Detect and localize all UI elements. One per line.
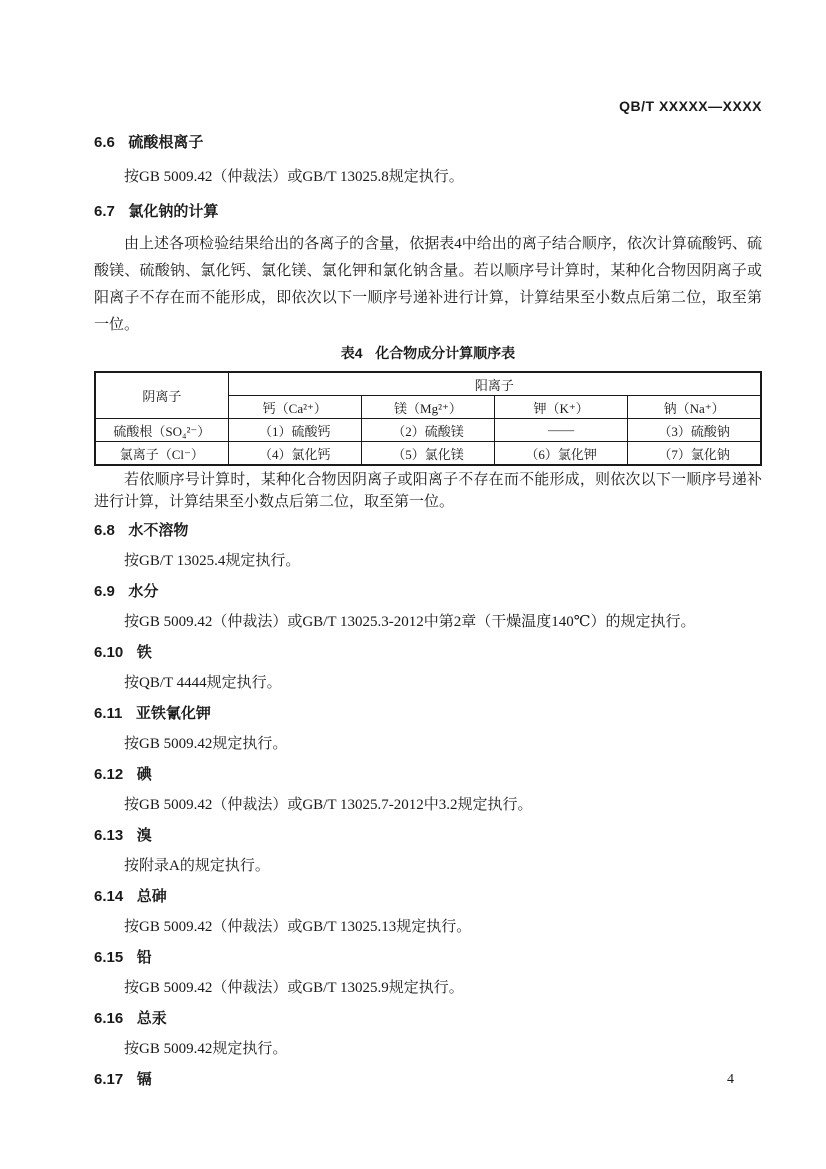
table-cell: （5）氯化镁 xyxy=(361,442,494,466)
section-heading-6-12: 6.12碘 xyxy=(94,765,762,784)
table-row: 硫酸根（SO₄²⁻） （1）硫酸钙 （2）硫酸镁 —— （3）硫酸钠 xyxy=(95,419,761,442)
section-body-6-10: 按QB/T 4444规定执行。 xyxy=(94,674,762,692)
section-heading-6-10: 6.10铁 xyxy=(94,643,762,662)
section-heading-6-16: 6.16总汞 xyxy=(94,1009,762,1028)
section-heading-6-11: 6.11亚铁氰化钾 xyxy=(94,704,762,723)
table4-col-sodium: 钠（Na⁺） xyxy=(628,396,761,419)
table4-anion-header: 阴离子 xyxy=(95,372,228,419)
section-number: 6.11 xyxy=(94,705,122,722)
standard-code-header: QB/T XXXXX—XXXX xyxy=(94,97,762,115)
table4-anion-chloride: 氯离子（Cl⁻） xyxy=(95,442,228,466)
table-row: 阴离子 阳离子 xyxy=(95,372,761,396)
section-number: 6.17 xyxy=(94,1071,123,1088)
table-cell: （4）氯化钙 xyxy=(228,442,361,466)
document-page: QB/T XXXXX—XXXX 6.6硫酸根离子 按GB 5009.42（仲裁法… xyxy=(0,0,826,1169)
table-cell: —— xyxy=(495,419,628,442)
table4-note: 若依顺序号计算时，某种化合物因阴离子或阳离子不存在而不能形成，则依次以下一顺序号… xyxy=(94,469,762,513)
section-number: 6.10 xyxy=(94,644,123,661)
table-cell: （1）硫酸钙 xyxy=(228,419,361,442)
section-number: 6.7 xyxy=(94,203,115,220)
section-number: 6.14 xyxy=(94,888,123,905)
section-body-6-11: 按GB 5009.42规定执行。 xyxy=(94,735,762,753)
section-number: 6.15 xyxy=(94,949,123,966)
section-title: 总汞 xyxy=(137,1010,167,1027)
section-body-6-9: 按GB 5009.42（仲裁法）或GB/T 13025.3-2012中第2章（干… xyxy=(94,613,762,631)
section-heading-6-14: 6.14总砷 xyxy=(94,887,762,906)
section-title: 溴 xyxy=(137,827,152,844)
section-title: 铁 xyxy=(137,644,152,661)
table-cell: （7）氯化钠 xyxy=(628,442,761,466)
table4-caption-text: 化合物成分计算顺序表 xyxy=(375,345,515,361)
table-row: 氯离子（Cl⁻） （4）氯化钙 （5）氯化镁 （6）氯化钾 （7）氯化钠 xyxy=(95,442,761,466)
section-heading-6-13: 6.13溴 xyxy=(94,826,762,845)
section-body-6-8: 按GB/T 13025.4规定执行。 xyxy=(94,552,762,570)
section-body-6-15: 按GB 5009.42（仲裁法）或GB/T 13025.9规定执行。 xyxy=(94,979,762,997)
section-body-6-6: 按GB 5009.42（仲裁法）或GB/T 13025.8规定执行。 xyxy=(94,168,762,186)
section-number: 6.8 xyxy=(94,522,115,539)
section-heading-6-17: 6.17镉 xyxy=(94,1070,762,1089)
table4-col-magnesium: 镁（Mg²⁺） xyxy=(361,396,494,419)
section-number: 6.6 xyxy=(94,134,115,151)
section-title: 总砷 xyxy=(137,888,167,905)
section-title: 镉 xyxy=(137,1071,152,1088)
section-number: 6.12 xyxy=(94,766,123,783)
table4-col-calcium: 钙（Ca²⁺） xyxy=(228,396,361,419)
table-cell: （3）硫酸钠 xyxy=(628,419,761,442)
table-cell: （2）硫酸镁 xyxy=(361,419,494,442)
section-title: 碘 xyxy=(137,766,152,783)
page-number: 4 xyxy=(727,1072,734,1088)
section-number: 6.13 xyxy=(94,827,123,844)
section-heading-6-8: 6.8水不溶物 xyxy=(94,521,762,540)
section-body-6-14: 按GB 5009.42（仲裁法）或GB/T 13025.13规定执行。 xyxy=(94,918,762,936)
section-body-6-16: 按GB 5009.42规定执行。 xyxy=(94,1040,762,1058)
section-number: 6.16 xyxy=(94,1010,123,1027)
table4-caption-label: 表4 xyxy=(341,345,363,361)
section-number: 6.9 xyxy=(94,583,115,600)
section-title: 氯化钠的计算 xyxy=(128,203,218,220)
table4-caption: 表4化合物成分计算顺序表 xyxy=(94,344,762,363)
section-title: 水分 xyxy=(128,583,158,600)
table4-anion-sulfate: 硫酸根（SO₄²⁻） xyxy=(95,419,228,442)
table4-cation-header: 阳离子 xyxy=(228,372,761,396)
section-heading-6-7: 6.7氯化钠的计算 xyxy=(94,202,762,221)
section-title: 铅 xyxy=(137,949,152,966)
section-body-6-7: 由上述各项检验结果给出的各离子的含量，依据表4中给出的离子结合顺序，依次计算硫酸… xyxy=(94,231,762,339)
section-title: 水不溶物 xyxy=(128,522,188,539)
page-content: QB/T XXXXX—XXXX 6.6硫酸根离子 按GB 5009.42（仲裁法… xyxy=(94,0,762,1089)
table4: 阴离子 阳离子 钙（Ca²⁺） 镁（Mg²⁺） 钾（K⁺） 钠（Na⁺） 硫酸根… xyxy=(94,371,762,466)
section-heading-6-6: 6.6硫酸根离子 xyxy=(94,133,762,152)
section-heading-6-15: 6.15铅 xyxy=(94,948,762,967)
table4-col-potassium: 钾（K⁺） xyxy=(495,396,628,419)
section-title: 硫酸根离子 xyxy=(128,134,203,151)
table-cell: （6）氯化钾 xyxy=(495,442,628,466)
section-title: 亚铁氰化钾 xyxy=(136,705,211,722)
section-body-6-13: 按附录A的规定执行。 xyxy=(94,857,762,875)
section-heading-6-9: 6.9水分 xyxy=(94,582,762,601)
section-body-6-12: 按GB 5009.42（仲裁法）或GB/T 13025.7-2012中3.2规定… xyxy=(94,796,762,814)
